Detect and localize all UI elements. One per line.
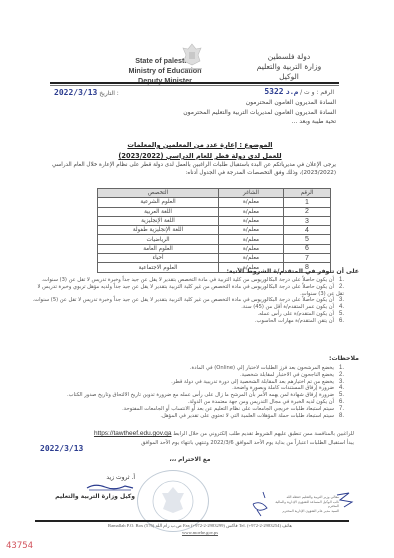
header-divider [50,82,339,84]
header-number: الرقم [284,189,331,198]
subject-line-2: للعمل لدى دولة قطر للعام الدراسي (2023/2… [100,152,300,160]
condition-item: .1أن يكون حاصلاً على درجة البكالوريوس من… [28,277,344,284]
table-header-row: الرقم الشاغر التخصص [98,189,331,198]
condition-item: .6أن يتقن المتقدم/ة مهارات الحاسوب. [28,318,344,325]
cc-list: معالي وزير التربية والتعليم حفظه الله نا… [269,495,339,513]
note-text: يخضع الناجحون في الاختبار لمقابلة شخصية. [240,372,334,378]
conditions-list: .1أن يكون حاصلاً على درجة البكالوريوس من… [28,277,354,325]
cell-specialization: اللغة الإنجليزية [98,216,219,225]
condition-item: .4أن يكون عمر المتقدم/ة أقل من (45) سنة. [28,304,344,311]
cell-specialization: الرياضيات [98,235,219,244]
cell-vacancy: معلم/ة [219,198,284,207]
condition-item: .5أن يكون المتقدم/ة على رأس عمله. [28,311,344,318]
ref-label: الرقم : و ت / [298,89,334,96]
note-text: سيتم استبعاد طلبات خريجي الجامعات على نظ… [122,406,334,412]
addressees: السادة المديرون العامون المحترمون السادة… [76,98,336,127]
header-divider-thin [50,85,339,86]
regards: مع الاحترام ،،، [150,457,230,463]
note-text: ضرورة إرفاق المستندات كاملة وبصورة واضحة… [232,385,334,391]
header-specialization: التخصص [98,189,219,198]
note-text: سيتم استبعاد طلبات حملة المؤهلات العلمية… [160,413,334,419]
reference-field: الرقم : و ت / م.د 5322 [264,87,334,96]
date-field: 2022/3/13 التاريخ : [54,88,119,97]
condition-text: أن يكون عمر المتقدم/ة أقل من (45) سنة. [241,304,334,310]
cell-vacancy: معلم/ة [219,226,284,235]
note-text: يخضع من تم اختيارهم بعد المقابلة الشخصية… [171,379,334,385]
ref-number-handwritten: 5322 [264,87,283,96]
approval-scribble-icon [245,490,275,522]
footer-website-link[interactable]: www.moehe.gov.ps [60,530,340,535]
condition-text: أن يكون حاصلاً على درجة البكالوريوس في م… [38,284,344,297]
note-text: ضرورة إرفاق شهادة لمن يهمه الأمر بأن الم… [67,392,334,398]
date-value-handwritten: 2022/3/13 [54,88,97,97]
table-row: 5معلم/ةالرياضيات [98,235,331,244]
cell-vacancy: معلم/ة [219,216,284,225]
table-row: 4معلم/ةاللغة الإنجليزية طفولة [98,226,331,235]
ref-mid-handwritten: م.د [286,88,299,96]
cell-number: 4 [284,226,331,235]
footer-divider [35,520,349,522]
table-row: 1معلم/ةالعلوم الشرعية [98,198,331,207]
apply-line: للراغبين بالمنافسة ممن تنطبق عليهم الشرو… [48,430,354,437]
cc-item: السيد مدير عام الشؤون الإدارية المحترم [269,509,339,514]
cell-specialization: أحياء [98,254,219,263]
note-item: .2يخضع الناجحون في الاختبار لمقابلة شخصي… [40,372,344,379]
cell-specialization: العلوم الشرعية [98,198,219,207]
period-line: يبدأ استقبال الطلبات اعتباراً من بداية ي… [40,440,354,446]
cell-specialization: العلوم العامة [98,244,219,253]
condition-text: أن يتقن المتقدم/ة مهارات الحاسوب. [255,318,334,324]
note-text: يخضع المرشحون بعد فرز الطلبات لاختبار إل… [190,365,334,371]
header-vacancy: الشاغر [219,189,284,198]
table-row: 7معلم/ةأحياء [98,254,331,263]
apply-text: للراغبين بالمنافسة ممن تنطبق عليهم الشرو… [173,431,354,437]
footer-address: Ramallah P.O. Box (576) ص.ب رام الله Fax… [60,523,340,529]
note-item: .6أن يكون لديه الخبرة في مجال التدريس وم… [40,399,344,406]
specialization-table: الرقم الشاغر التخصص 1معلم/ةالعلوم الشرعي… [97,188,331,273]
signature-block: أ. ثروت زيد وكيل وزارة التربية والتعليم [45,474,135,500]
application-link[interactable]: https://tawtheef.edu.gov.qa [94,430,172,437]
greeting: تحية طيبة وبعد ... [76,117,336,127]
note-text: أن يكون لديه الخبرة في مجال التدريس ومن … [188,399,334,405]
cell-vacancy: معلم/ة [219,254,284,263]
serial-stamp: 43754 [6,541,33,551]
cell-specialization: العلوم الاجتماعية [98,263,219,272]
arabic-letterhead: دولة فلسطين وزارة التربية والتعليم الوكي… [234,52,344,82]
cell-vacancy: معلم/ة [219,235,284,244]
note-item: .7سيتم استبعاد طلبات خريجي الجامعات على … [40,406,344,413]
en-state: State of palestine [100,56,230,66]
table-row: 2معلم/ةاللغة العربية [98,207,331,216]
end-date-handwritten: 2022/3/13 [40,444,83,453]
cell-specialization: اللغة العربية [98,207,219,216]
table-row: 3معلم/ةاللغة الإنجليزية [98,216,331,225]
cell-number: 1 [284,198,331,207]
notes-title: ملاحظات: [329,355,359,362]
note-item: .3يخضع من تم اختيارهم بعد المقابلة الشخص… [40,379,344,386]
condition-text: أن يكون حاصلاً على درجة البكالوريوس من ك… [41,277,334,283]
ar-ministry: وزارة التربية والتعليم [234,62,344,72]
subject-line-1: الموضوع : إعارة عدد من المعلمين والمعلما… [100,141,300,149]
cell-number: 6 [284,244,331,253]
note-item: .5ضرورة إرفاق شهادة لمن يهمه الأمر بأن ا… [40,392,344,399]
condition-text: أن يكون المتقدم/ة على رأس عمله. [257,311,334,317]
cell-number: 5 [284,235,331,244]
initials-scribble-icon [334,490,354,514]
note-item: .8سيتم استبعاد طلبات حملة المؤهلات العلم… [40,413,344,420]
condition-item: .2أن يكون حاصلاً على درجة البكالوريوس في… [28,284,344,298]
addressee-2: السادة المديرون العامون لمديريات التربية… [76,108,336,118]
cell-number: 2 [284,207,331,216]
cell-number: 7 [284,254,331,263]
eagle-emblem-icon [180,41,204,71]
cell-vacancy: معلم/ة [219,207,284,216]
note-item: .1يخضع المرشحون بعد فرز الطلبات لاختبار … [40,365,344,372]
conditions-title: على أن تتوفر في المتقدم/ة الشروط الآتية: [226,268,359,275]
cell-vacancy: معلم/ة [219,244,284,253]
ar-deputy: الوكيل [234,72,344,82]
cell-specialization: اللغة الإنجليزية طفولة [98,226,219,235]
signatory-title: وكيل وزارة التربية والتعليم [45,493,135,500]
en-ministry: Ministry of Education [100,66,230,76]
notes-list: .1يخضع المرشحون بعد فرز الطلبات لاختبار … [40,365,354,419]
table-row: 6معلم/ةالعلوم العامة [98,244,331,253]
date-label: التاريخ : [99,90,119,97]
intro-paragraph: يرجى الإعلان في مديرياتكم عن البدء باستق… [46,162,336,177]
period-text: يبدأ استقبال الطلبات اعتباراً من بداية ي… [141,440,354,446]
signatory-name: أ. ثروت زيد [45,474,135,481]
cc-item: نائب الوكيل المساعد للشؤون الإدارية والم… [269,500,339,509]
addressee-1: السادة المديرون العامون المحترمون [76,98,336,108]
ar-state: دولة فلسطين [234,52,344,62]
cell-number: 3 [284,216,331,225]
condition-text: أن يكون حاصلاً على درجة البكالوريوس في م… [33,297,334,303]
signature-scribble-icon [85,482,135,492]
